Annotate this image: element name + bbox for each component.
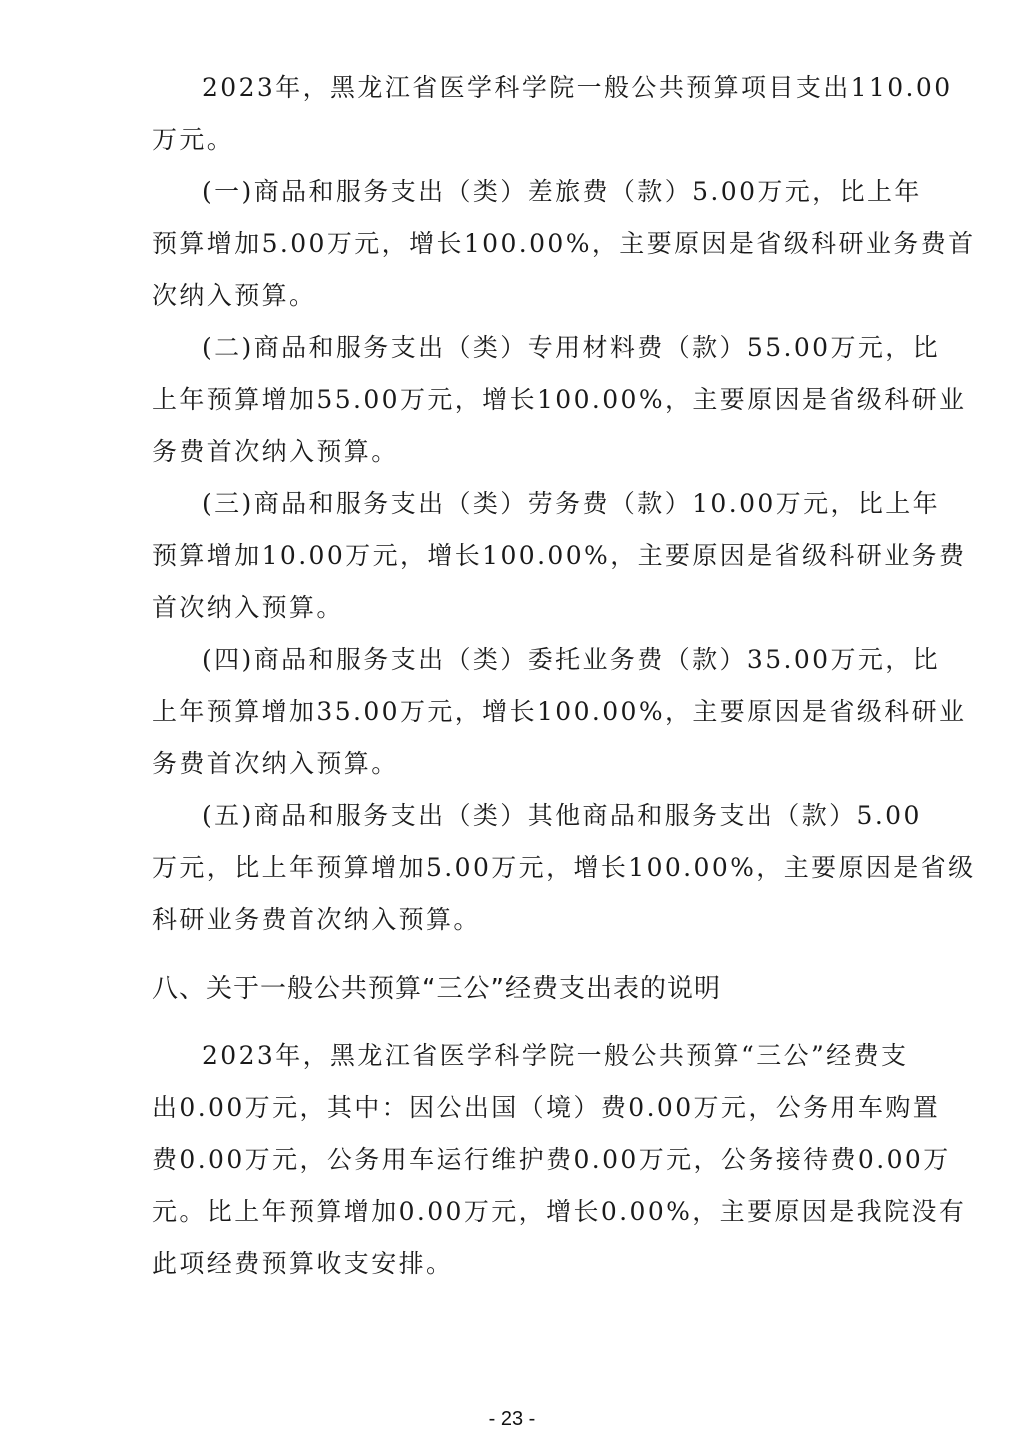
paragraph-item-2: (二)商品和服务支出（类）专用材料费（款）55.00万元，比 上年预算增加55.… [152, 328, 892, 484]
text-line: 费0.00万元，公务用车运行维护费0.00万元，公务接待费0.00万 [152, 1140, 892, 1192]
text-line: 预算增加10.00万元，增长100.00%，主要原因是省级科研业务费 [152, 536, 892, 588]
text-line: 首次纳入预算。 [152, 588, 892, 640]
text-line: 上年预算增加55.00万元，增长100.00%，主要原因是省级科研业 [152, 380, 892, 432]
text-line: (三)商品和服务支出（类）劳务费（款）10.00万元，比上年 [152, 484, 892, 536]
text-line: 务费首次纳入预算。 [152, 744, 892, 796]
paragraph-sangong: 2023年，黑龙江省医学科学院一般公共预算“三公”经费支 出0.00万元，其中：… [152, 1036, 892, 1296]
paragraph-item-4: (四)商品和服务支出（类）委托业务费（款）35.00万元，比 上年预算增加35.… [152, 640, 892, 796]
text-line: 此项经费预算收支安排。 [152, 1244, 892, 1296]
text-line: 2023年，黑龙江省医学科学院一般公共预算项目支出110.00 [152, 68, 892, 120]
text-line: 次纳入预算。 [152, 276, 892, 328]
text-line: (五)商品和服务支出（类）其他商品和服务支出（款）5.00 [152, 796, 892, 848]
text-line: 务费首次纳入预算。 [152, 432, 892, 484]
text-line: 万元。 [152, 120, 892, 172]
text-line: 元。比上年预算增加0.00万元，增长0.00%，主要原因是我院没有 [152, 1192, 892, 1244]
page-number: - 23 - [0, 1408, 1024, 1431]
section-heading: 八、关于一般公共预算“三公”经费支出表的说明 [152, 960, 892, 1034]
text-line: (一)商品和服务支出（类）差旅费（款）5.00万元，比上年 [152, 172, 892, 224]
text-line: 上年预算增加35.00万元，增长100.00%，主要原因是省级科研业 [152, 692, 892, 744]
document-page: 2023年，黑龙江省医学科学院一般公共预算项目支出110.00 万元。 (一)商… [152, 68, 892, 1296]
text-line: 2023年，黑龙江省医学科学院一般公共预算“三公”经费支 [152, 1036, 892, 1088]
paragraph-intro: 2023年，黑龙江省医学科学院一般公共预算项目支出110.00 万元。 [152, 68, 892, 172]
paragraph-item-1: (一)商品和服务支出（类）差旅费（款）5.00万元，比上年 预算增加5.00万元… [152, 172, 892, 328]
text-line: 科研业务费首次纳入预算。 [152, 900, 892, 952]
text-line: 预算增加5.00万元，增长100.00%，主要原因是省级科研业务费首 [152, 224, 892, 276]
paragraph-item-5: (五)商品和服务支出（类）其他商品和服务支出（款）5.00 万元，比上年预算增加… [152, 796, 892, 952]
text-line: 万元，比上年预算增加5.00万元，增长100.00%，主要原因是省级 [152, 848, 892, 900]
text-line: (四)商品和服务支出（类）委托业务费（款）35.00万元，比 [152, 640, 892, 692]
paragraph-item-3: (三)商品和服务支出（类）劳务费（款）10.00万元，比上年 预算增加10.00… [152, 484, 892, 640]
text-line: (二)商品和服务支出（类）专用材料费（款）55.00万元，比 [152, 328, 892, 380]
text-line: 出0.00万元，其中：因公出国（境）费0.00万元，公务用车购置 [152, 1088, 892, 1140]
